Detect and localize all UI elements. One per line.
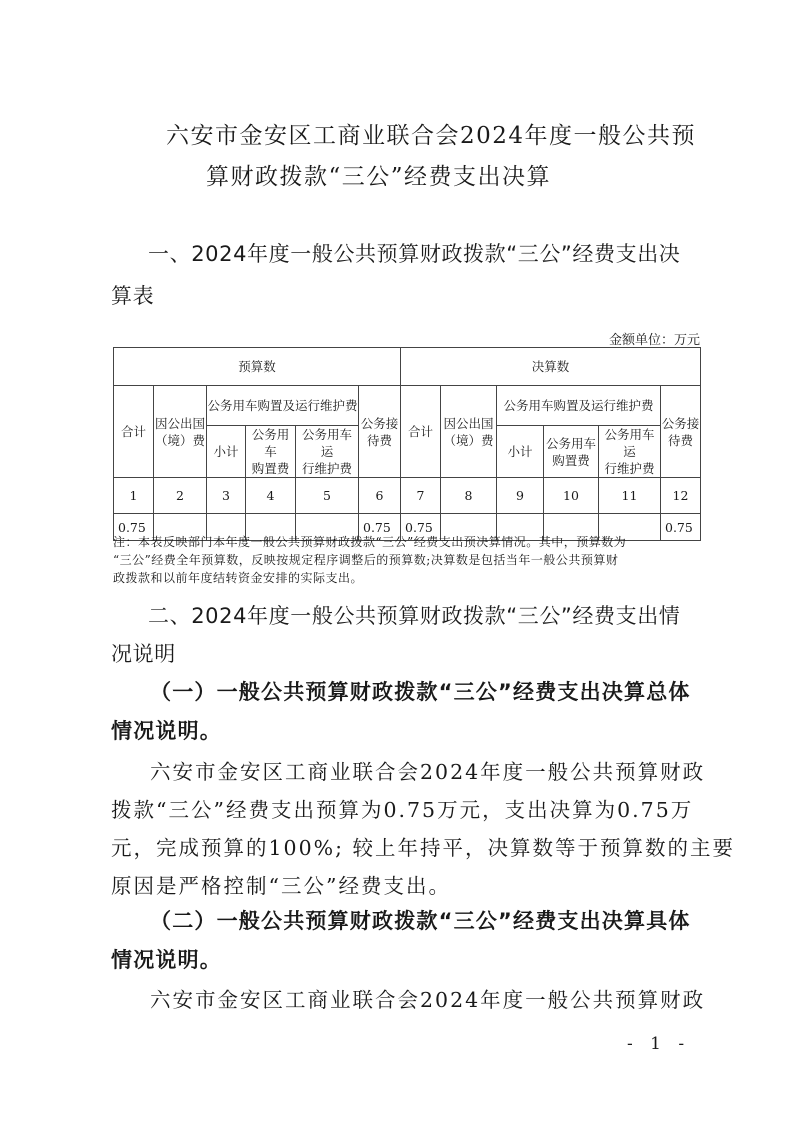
section1-heading-line2: 算表	[111, 280, 154, 310]
column-number: 5	[296, 478, 359, 514]
column-number: 4	[246, 478, 296, 514]
column-number: 8	[441, 478, 497, 514]
column-number: 10	[544, 478, 599, 514]
header-reception: 公务接待费	[661, 386, 701, 478]
header-vehicle-purchase: 公务用车购置费	[246, 426, 296, 478]
sub2-heading-line2: 情况说明。	[111, 944, 222, 974]
header-reception: 公务接待费	[359, 386, 401, 478]
three-public-expenses-table: 预算数 决算数 合计 因公出国（境）费 公务用车购置及运行维护费 公务接待费 合…	[113, 347, 701, 541]
sub1-heading-line1: （一）一般公共预算财政拨款“三公”经费支出决算总体	[150, 676, 691, 706]
sub1-para-line2: 拨款“三公”经费支出预算为0.75万元，支出决算为0.75万	[111, 793, 693, 823]
header-subtotal: 小计	[497, 426, 544, 478]
page-number: - 1 -	[627, 1034, 690, 1054]
header-vehicle: 公务用车购置及运行维护费	[497, 386, 661, 426]
column-number: 11	[599, 478, 661, 514]
table-note-line2: “三公”经费全年预算数，反映按规定程序调整后的预算数;决算数是包括当年一般公共预…	[113, 551, 618, 569]
value-cell: 0.75	[661, 514, 701, 541]
header-travel-abroad: 因公出国（境）费	[154, 386, 207, 478]
sub1-para-line3: 元，完成预算的100%; 较上年持平，决算数等于预算数的主要	[111, 831, 735, 861]
column-number: 9	[497, 478, 544, 514]
header-final-accounts: 决算数	[401, 348, 701, 386]
header-vehicle-purchase: 公务用车购置费	[544, 426, 599, 478]
header-vehicle: 公务用车购置及运行维护费	[207, 386, 359, 426]
header-total: 合计	[114, 386, 154, 478]
header-vehicle-operation: 公务用车运行维护费	[599, 426, 661, 478]
header-total: 合计	[401, 386, 441, 478]
document-title-line1: 六安市金安区工商业联合会2024年度一般公共预	[166, 117, 696, 150]
sub1-para-line1: 六安市金安区工商业联合会2024年度一般公共预算财政	[150, 755, 705, 785]
table-note-line1: 注：本表反映部门本年度一般公共预算财政拨款“三公”经费支出预决算情况。其中，预算…	[113, 533, 626, 551]
sub1-heading-line2: 情况说明。	[111, 715, 222, 745]
table-note-line3: 政拨款和以前年度结转资金安排的实际支出。	[113, 569, 363, 587]
column-number: 7	[401, 478, 441, 514]
section1-heading-line1: 一、2024年度一般公共预算财政拨款“三公”经费支出决	[148, 238, 680, 268]
section2-heading-line2: 况说明	[111, 638, 176, 668]
column-number: 6	[359, 478, 401, 514]
sub2-heading-line1: （二）一般公共预算财政拨款“三公”经费支出决算具体	[150, 905, 691, 935]
header-travel-abroad: 因公出国（境）费	[441, 386, 497, 478]
header-vehicle-operation: 公务用车运行维护费	[296, 426, 359, 478]
column-number: 1	[114, 478, 154, 514]
column-number: 2	[154, 478, 207, 514]
column-number: 12	[661, 478, 701, 514]
document-title-line2: 算财政拨款“三公”经费支出决算	[206, 158, 551, 191]
header-subtotal: 小计	[207, 426, 246, 478]
sub1-para-line4: 原因是严格控制“三公”经费支出。	[111, 869, 451, 899]
column-number: 3	[207, 478, 246, 514]
sub2-para-line1: 六安市金安区工商业联合会2024年度一般公共预算财政	[150, 983, 705, 1013]
column-number-row: 1 2 3 4 5 6 7 8 9 10 11 12	[114, 478, 701, 514]
section2-heading-line1: 二、2024年度一般公共预算财政拨款“三公”经费支出情	[148, 600, 680, 630]
header-budget: 预算数	[114, 348, 401, 386]
unit-label: 金额单位：万元	[609, 329, 700, 348]
